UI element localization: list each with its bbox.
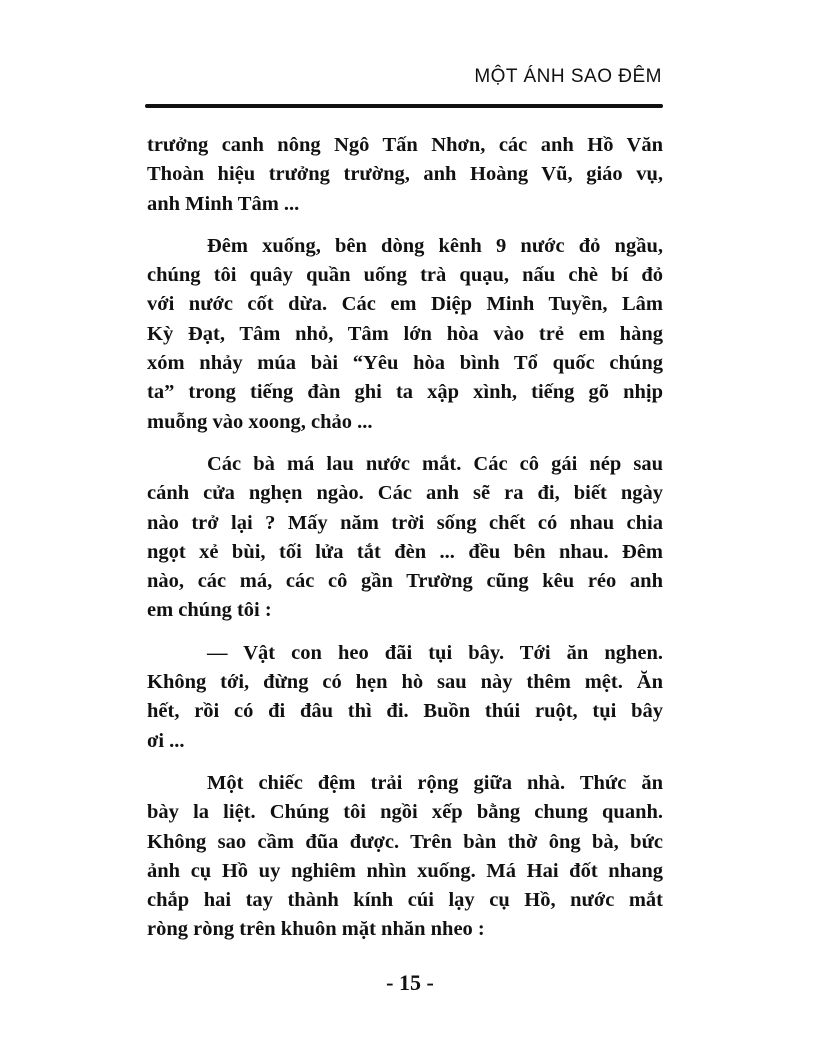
text-line: ròng ròng trên khuôn mặt nhăn nheo : [147,915,663,944]
text-line: ta” trong tiếng đàn ghi ta xập xình, tiế… [147,378,663,407]
text-line: muỗng vào xoong, chảo ... [147,408,663,437]
text-line: cánh cửa nghẹn ngào. Các anh sẽ ra đi, b… [147,479,663,508]
text-line: xóm nhảy múa bài “Yêu hòa bình Tổ quốc c… [147,349,663,378]
text-line: Một chiếc đệm trải rộng giữa nhà. Thức ă… [147,769,663,798]
text-line: chắp hai tay thành kính cúi lạy cụ Hồ, n… [147,886,663,915]
page-number: - 15 - [330,970,490,996]
text-line: chúng tôi quây quần uống trà quạu, nấu c… [147,261,663,290]
running-header-title: MỘT ÁNH SAO ĐÊM [400,66,662,88]
paragraph: Đêm xuống, bên dòng kênh 9 nước đỏ ngầu,… [147,232,663,437]
text-line: bày la liệt. Chúng tôi ngồi xếp bằng chu… [147,798,663,827]
text-line: trưởng canh nông Ngô Tấn Nhơn, các anh H… [147,131,663,160]
text-line: ơi ... [147,727,663,756]
text-line: — Vật con heo đãi tụi bây. Tới ăn nghen. [147,639,663,668]
paragraph: trưởng canh nông Ngô Tấn Nhơn, các anh H… [147,131,663,219]
text-line: hết, rồi có đi đâu thì đi. Buồn thúi ruộ… [147,697,663,726]
text-line: ngọt xẻ bùi, tối lửa tắt đèn ... đều bên… [147,538,663,567]
text-line: Không sao cầm đũa được. Trên bàn thờ ông… [147,828,663,857]
text-line: Thoàn hiệu trưởng trường, anh Hoàng Vũ, … [147,160,663,189]
text-line: anh Minh Tâm ... [147,190,663,219]
text-line: nào, các má, các cô gần Trường cũng kêu … [147,567,663,596]
text-line: với nước cốt dừa. Các em Diệp Minh Tuyền… [147,290,663,319]
text-line: Đêm xuống, bên dòng kênh 9 nước đỏ ngầu, [147,232,663,261]
body-text: trưởng canh nông Ngô Tấn Nhơn, các anh H… [147,131,663,945]
header-divider [145,104,663,108]
text-line: Kỳ Đạt, Tâm nhỏ, Tâm lớn hòa vào trẻ em … [147,320,663,349]
text-line: Các bà má lau nước mắt. Các cô gái nép s… [147,450,663,479]
text-line: nào trở lại ? Mấy năm trời sống chết có … [147,509,663,538]
text-line: Không tới, đừng có hẹn hò sau này thêm m… [147,668,663,697]
text-line: ảnh cụ Hồ uy nghiêm nhìn xuống. Má Hai đ… [147,857,663,886]
paragraph: Một chiếc đệm trải rộng giữa nhà. Thức ă… [147,769,663,945]
paragraph: — Vật con heo đãi tụi bây. Tới ăn nghen.… [147,639,663,756]
text-line: em chúng tôi : [147,596,663,625]
paragraph: Các bà má lau nước mắt. Các cô gái nép s… [147,450,663,626]
